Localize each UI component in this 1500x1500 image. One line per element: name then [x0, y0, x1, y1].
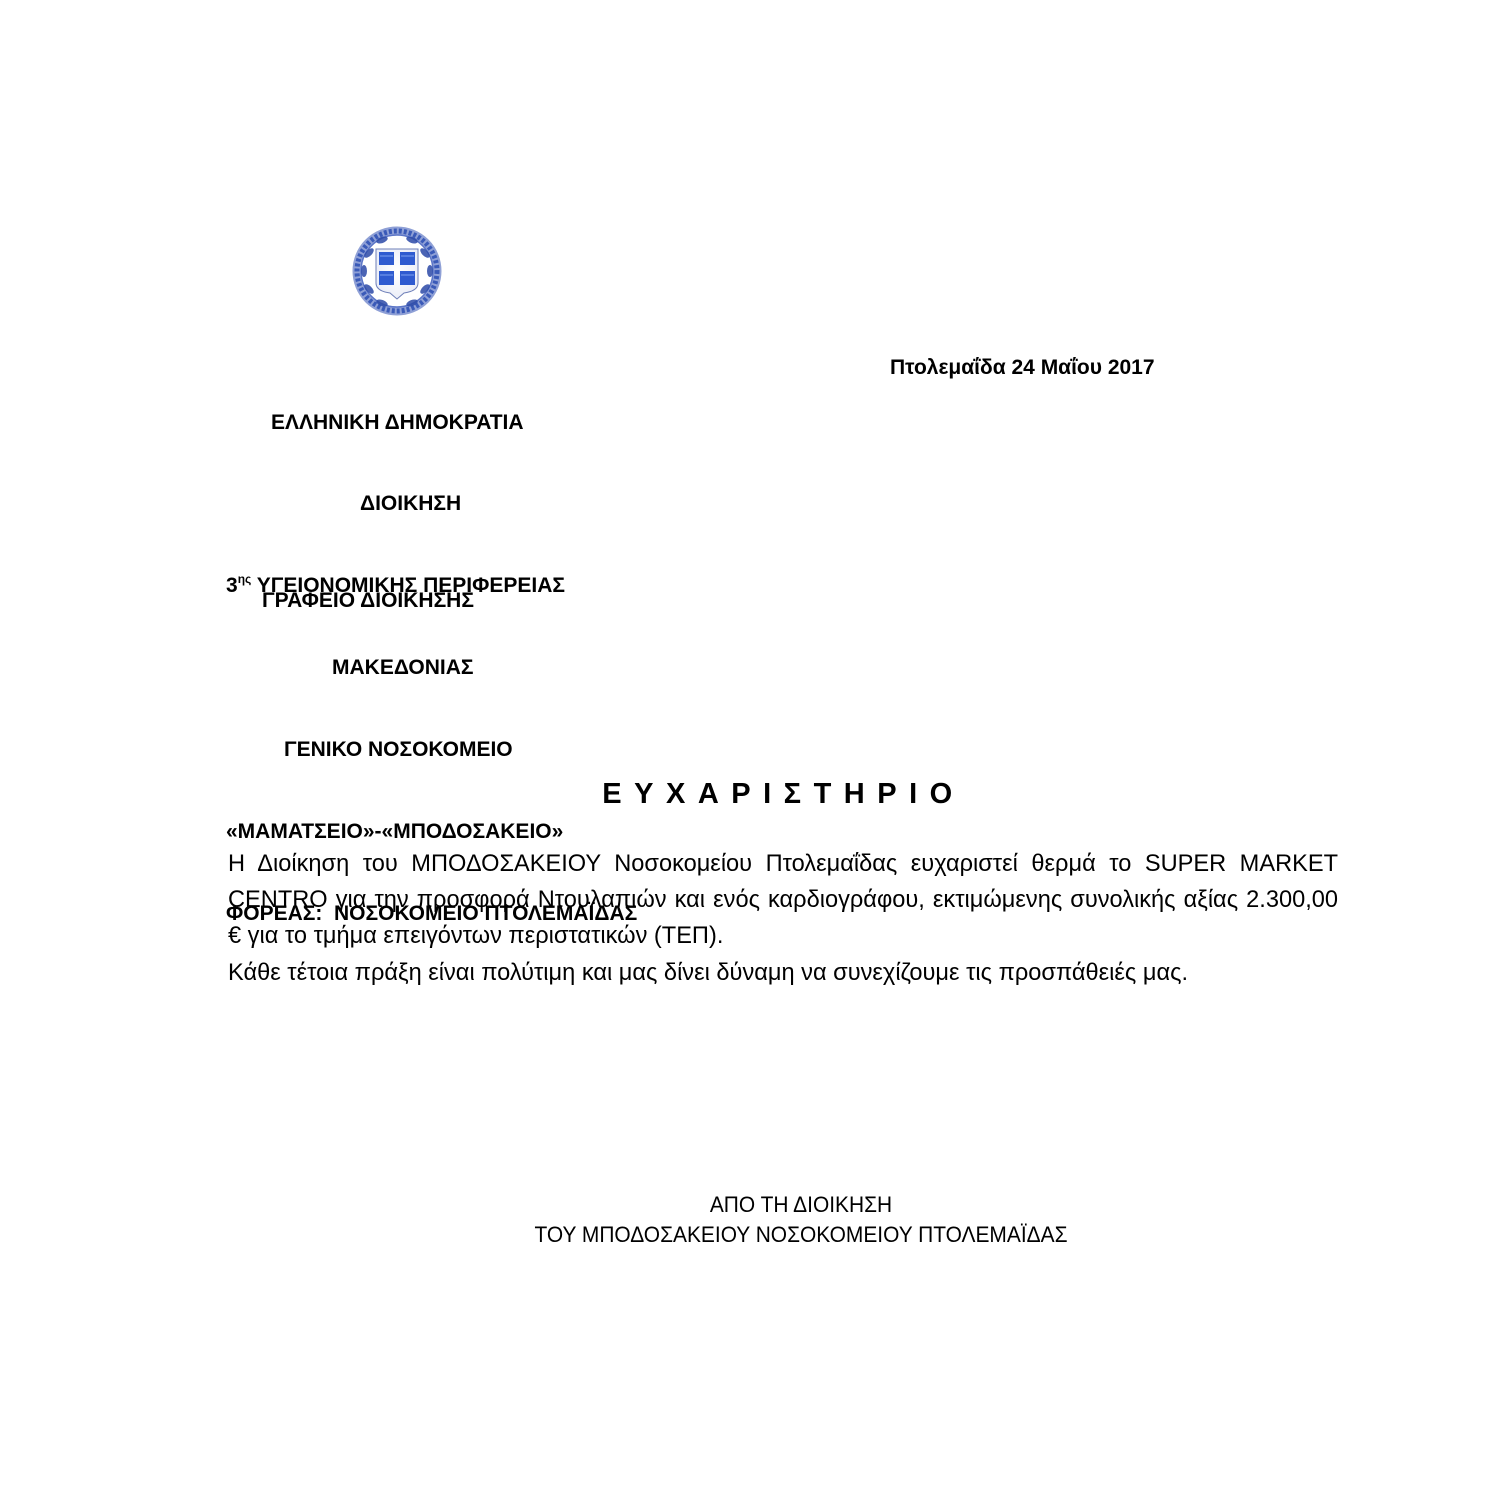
header-line-republic: ΕΛΛΗΝΙΚΗ ΔΗΜΟΚΡΑΤΙΑ — [226, 409, 637, 436]
header-ordinal: 3 — [226, 574, 238, 597]
header-line-macedonia: ΜΑΚΕΔΟΝΙΑΣ — [226, 654, 637, 681]
signature-block: ΑΠΟ ΤΗ ΔΙΟΙΚΗΣΗ ΤΟΥ ΜΠΟΔΟΣΑΚΕΙΟΥ ΝΟΣΟΚΟΜ… — [0, 1190, 1500, 1250]
signature-line-2: ΤΟΥ ΜΠΟΔΟΣΑΚΕΙΟΥ ΝΟΣΟΚΟΜΕΙΟΥ ΠΤΟΛΕΜΑΪΔΑΣ — [56, 1220, 1500, 1250]
greek-coat-of-arms-icon — [352, 225, 442, 317]
letter-body: Η Διοίκηση του ΜΠΟΔΟΣΑΚΕΙΟΥ Νοσοκομείου … — [228, 846, 1338, 991]
header-line-general-hospital: ΓΕΝΙΚΟ ΝΟΣΟΚΟΜΕΙΟ — [226, 736, 637, 763]
header-line-hospital-names: «ΜΑΜΑΤΣΕΙΟ»-«ΜΠΟΔΟΣΑΚΕΙΟ» — [226, 818, 637, 845]
body-paragraph-closing: Κάθε τέτοια πράξη είναι πολύτιμη και μας… — [228, 955, 1338, 991]
document-date: Πτολεμαΐδα 24 Μαΐου 2017 — [890, 354, 1155, 381]
signature-line-1: ΑΠΟ ΤΗ ΔΙΟΙΚΗΣΗ — [56, 1190, 1500, 1220]
header-line-administration: ΔΙΟΙΚΗΣΗ — [226, 490, 637, 517]
document-title: ΕΥΧΑΡΙΣΤΗΡΙΟ — [0, 774, 1500, 814]
header-ordinal-suffix: ης — [238, 572, 252, 586]
office-label: ΓΡΑΦΕΙΟ ΔΙΟΙΚΗΣΗΣ — [262, 587, 474, 614]
body-paragraph-thanks: Η Διοίκηση του ΜΠΟΔΟΣΑΚΕΙΟΥ Νοσοκομείου … — [228, 846, 1338, 955]
